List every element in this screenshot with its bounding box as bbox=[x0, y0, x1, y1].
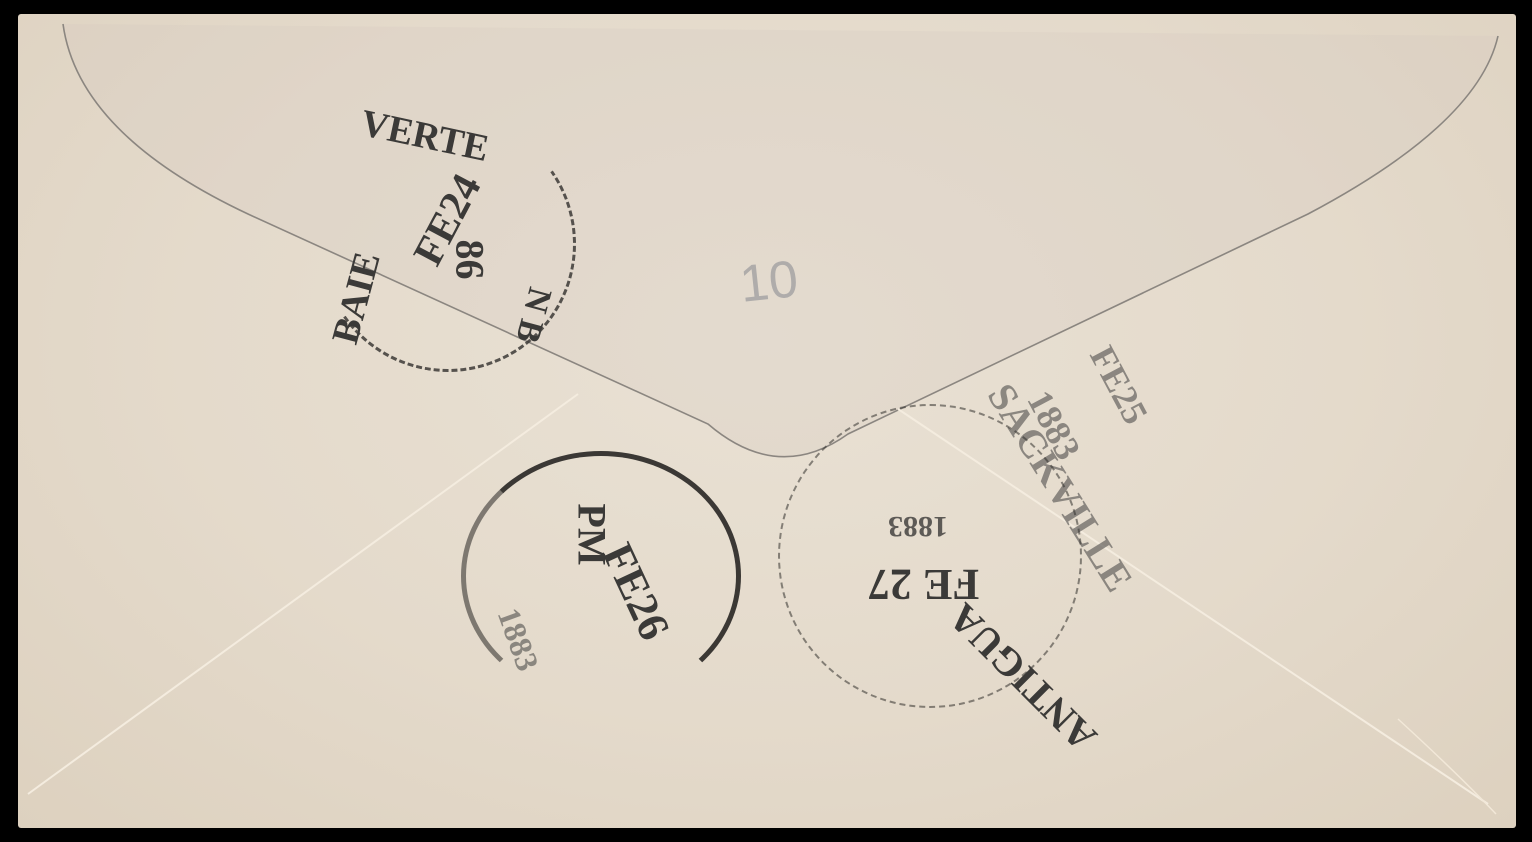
postmark-fe26: PM FE26 1883 bbox=[456, 446, 756, 706]
postmark-year: 86 bbox=[447, 240, 494, 280]
postmark-antigua: FE 27 1883 ANTIGUA bbox=[758, 394, 1118, 734]
postmark-baie-verte: VERTE BAIE FE24 86 N B bbox=[300, 106, 600, 386]
pencil-note: 10 bbox=[737, 249, 801, 315]
envelope-back: VERTE BAIE FE24 86 N B SACKVILLE FE25 18… bbox=[18, 14, 1516, 828]
postmark-year: 1883 bbox=[888, 509, 948, 543]
